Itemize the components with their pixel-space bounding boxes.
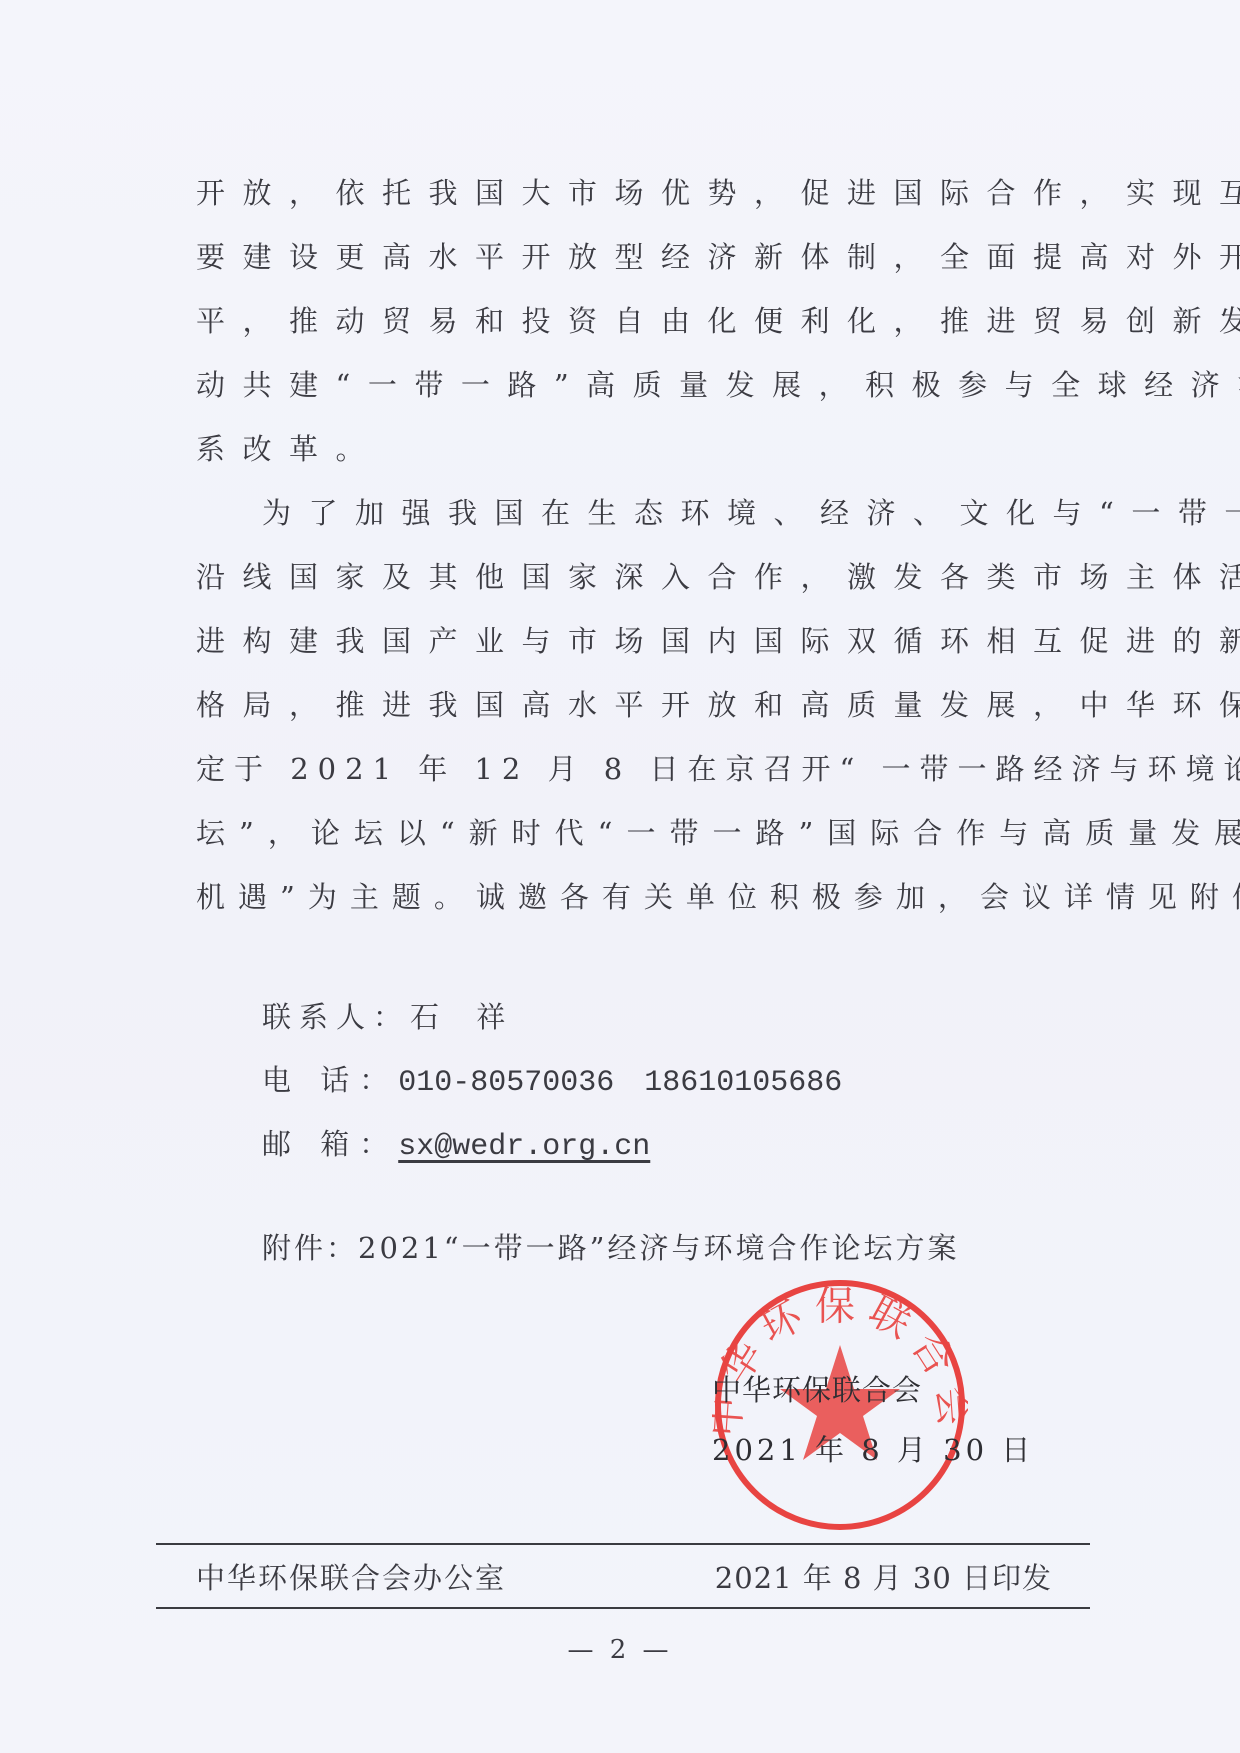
footer-issuer: 中华环保联合会办公室 [196, 1556, 506, 1600]
footer-issue-date: 2021 年 8 月 30 日印发 [715, 1556, 1052, 1600]
body-line-6-paragraph-start: 为了加强我国在生态环境、经济、文化与“一带一路” [262, 493, 1142, 533]
body-line-4: 动共建“一带一路”高质量发展，积极参与全球经济治理体 [196, 365, 1076, 405]
contact-person-name: 石 祥 [410, 1000, 519, 1034]
body-line-10: 定于 2021 年 12 月 8 日在京召开“ 一带一路经济与环境论 [196, 749, 1076, 789]
body-line-7: 沿线国家及其他国家深入合作，激发各类市场主体活力，推 [196, 557, 1076, 597]
contact-phone-landline: 010-80570036 [398, 1066, 614, 1100]
contact-phone-label: 电 话： [262, 1063, 398, 1097]
body-line-11: 坛”，论坛以“新时代“一带一路”国际合作与高质量发展 [196, 813, 1076, 853]
contact-person-row: 联系人：石 祥 [262, 997, 519, 1037]
contact-phone-mobile: 18610105686 [644, 1066, 842, 1100]
signature-organization: 中华环保联合会 [712, 1370, 922, 1410]
body-line-12: 机遇”为主题。诚邀各有关单位积极参加，会议详情见附件。 [196, 877, 1076, 917]
body-line-5: 系改革。 [196, 429, 1076, 469]
attachment-line: 附件：2021“一带一路”经济与环境合作论坛方案 [262, 1228, 959, 1268]
page-number: — 2 — [0, 1630, 1240, 1670]
body-line-9: 格局，推进我国高水平开放和高质量发展，中华环保联合会 [196, 685, 1076, 725]
contact-email-label: 邮 箱： [262, 1127, 398, 1161]
document-page: 开放，依托我国大市场优势，促进国际合作，实现互利共赢。 要建设更高水平开放型经济… [0, 0, 1240, 1753]
contact-person-label: 联系人： [262, 1000, 410, 1034]
body-line-2: 要建设更高水平开放型经济新体制，全面提高对外开放水 [196, 237, 1076, 277]
signature-date: 2021 年 8 月 30 日 [712, 1430, 1034, 1470]
contact-email-row: 邮 箱：sx@wedr.org.cn [262, 1124, 650, 1164]
body-line-1: 开放，依托我国大市场优势，促进国际合作，实现互利共赢。 [196, 173, 1076, 213]
contact-phone-row: 电 话：010-8057003618610105686 [262, 1060, 842, 1100]
body-line-8: 进构建我国产业与市场国内国际双循环相互促进的新发展 [196, 621, 1076, 661]
contact-email-link[interactable]: sx@wedr.org.cn [398, 1130, 650, 1164]
footer-rule-top [156, 1543, 1090, 1545]
footer-rule-bottom [156, 1607, 1090, 1609]
body-line-3: 平，推动贸易和投资自由化便利化，推进贸易创新发展，推 [196, 301, 1076, 341]
